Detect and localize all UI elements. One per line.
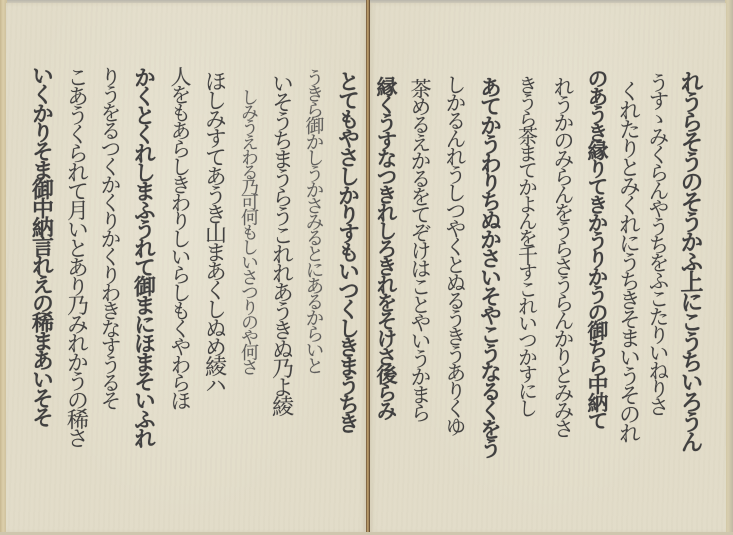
left-page-column: かくとくれしまふうれて御まにほまそいふれ — [129, 65, 160, 446]
left-page-column: しみうえわる乃可何もしいさつりのや何さ — [235, 88, 261, 374]
right-page-column: れうかのみらんをうらさうらんかりとみみさ — [548, 75, 578, 436]
right-page-column: 茶めるえかるをてぞけはことやいうかまら — [405, 77, 435, 420]
right-page-column: きうら茶まてかよんを千すこれいつかすにし — [513, 74, 542, 415]
left-page-column: とてもやさしかりすもいつくしきまうちき — [333, 69, 364, 431]
right-book-edge — [725, 0, 733, 535]
right-page-column: 縁くうすなつきれしろきれをそけさ後らみ — [371, 75, 401, 418]
left-page-column: ほしみすてあうき山まあくしぬめ綾ハ — [199, 69, 230, 393]
right-page-column: のあうき縁りてきかうりかうの御ちら中納て — [582, 67, 612, 428]
book-spread: れうらそうのそうかふ上にこうちいろうんうすゝみくらんやうちをふこたりいねりさくれ… — [0, 0, 733, 535]
left-page-column: いくかりそま御中納言れえの稀まあいそそ — [27, 63, 58, 425]
left-page-column: りうをるつくかくりかくりわきなすうるそ — [95, 65, 125, 408]
right-page-column: しかるんれうしつやくとぬるうきうありくゆ — [440, 73, 470, 434]
book-gutter — [366, 0, 370, 535]
left-page-column: 人をもあらしきわりしいらしもくやわらほ — [165, 65, 195, 408]
right-page-column: うすゝみくらんやうちをふこたりいねりさ — [643, 71, 673, 414]
right-page-column: れうらそうのそうかふ上にこうちいろうん — [674, 69, 707, 450]
left-page-column: こあうくられて月いとあり乃みれかうの稀さ — [61, 65, 92, 446]
right-page-column: あてかうわりちぬかさいそやこうなるくをう — [475, 75, 506, 456]
left-page-column: うきら御かしうかさみるとにあるからいと — [301, 68, 328, 373]
left-page-column: いそうちまうらうこれれあうきぬ乃よ綾 — [266, 71, 297, 414]
right-page-column: くれたりとみくれにうちきそまいうそのれ — [613, 79, 644, 441]
